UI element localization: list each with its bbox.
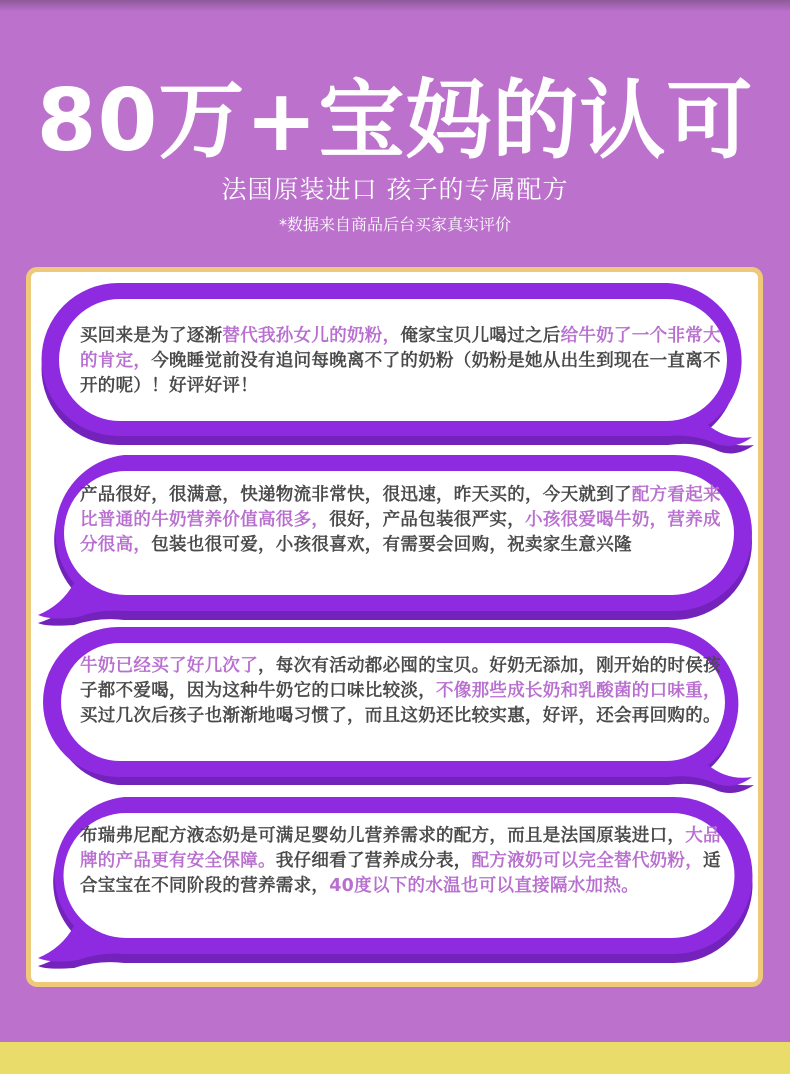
highlighted-text: 替代我孙女儿的奶粉， bbox=[222, 326, 400, 346]
bottom-yellow-band bbox=[0, 1042, 790, 1074]
review-bubble: 布瑞弗尼配方液态奶是可满足婴幼儿营养需求的配方，而且是法国原装进口，大品牌的产品… bbox=[38, 797, 754, 969]
page-title: 80万+宝妈的认可 bbox=[0, 66, 790, 176]
review-text-segment: 包装也很可爱，小孩很喜欢，有需要会回购，祝卖家生意兴隆 bbox=[151, 535, 632, 555]
review-text: 产品很好，很满意，快递物流非常快，很迅速，昨天买的，今天就到了配方看起来比普通的… bbox=[80, 483, 730, 558]
highlighted-text: 不像那些成长奶和乳酸菌的口味重， bbox=[436, 681, 721, 701]
data-source-note: *数据来自商品后台买家真实评价 bbox=[0, 213, 790, 237]
highlighted-text: 40度以下的水温也可以直接隔水加热。 bbox=[329, 876, 639, 896]
review-text-segment: 很好，产品包装很严实， bbox=[329, 510, 525, 530]
review-text-segment: 俺家宝贝儿喝过之后 bbox=[400, 326, 560, 346]
top-shadow-band bbox=[0, 0, 790, 12]
review-text: 牛奶已经买了好几次了，每次有活动都必囤的宝贝。好奶无添加，刚开始的时侯孩子都不爱… bbox=[80, 654, 726, 729]
review-text: 布瑞弗尼配方液态奶是可满足婴幼儿营养需求的配方，而且是法国原装进口，大品牌的产品… bbox=[80, 824, 730, 899]
review-text-segment: 产品很好，很满意，快递物流非常快，很迅速，昨天买的，今天就到了 bbox=[80, 485, 632, 505]
review-text: 买回来是为了逐渐替代我孙女儿的奶粉，俺家宝贝儿喝过之后给牛奶了一个非常大的肯定，… bbox=[80, 324, 726, 399]
review-text-segment: 我仔细看了营养成分表， bbox=[276, 851, 472, 871]
review-text-segment: 今晚睡觉前没有追问每晚离不了的奶粉（奶粉是她从出生到现在一直离不开的呢）！好评好… bbox=[80, 351, 721, 396]
review-text-segment: 布瑞弗尼配方液态奶是可满足婴幼儿营养需求的配方，而且是法国原装进口， bbox=[80, 826, 685, 846]
page-subtitle: 法国原装进口 孩子的专属配方 bbox=[0, 173, 790, 207]
highlighted-text: 牛奶已经买了好几次了 bbox=[80, 656, 258, 676]
review-text-segment: 买过几次后孩子也渐渐地喝习惯了，而且这奶还比较实惠，好评，还会再回购的。 bbox=[80, 706, 721, 726]
highlighted-text: 配方液奶可以完全替代奶粉， bbox=[472, 851, 703, 871]
review-text-segment: 买回来是为了逐渐 bbox=[80, 326, 222, 346]
review-bubble: 牛奶已经买了好几次了，每次有活动都必囤的宝贝。好奶无添加，刚开始的时侯孩子都不爱… bbox=[38, 627, 750, 797]
review-bubble: 产品很好，很满意，快递物流非常快，很迅速，昨天买的，今天就到了配方看起来比普通的… bbox=[38, 455, 754, 625]
review-bubble: 买回来是为了逐渐替代我孙女儿的奶粉，俺家宝贝儿喝过之后给牛奶了一个非常大的肯定，… bbox=[38, 283, 750, 453]
